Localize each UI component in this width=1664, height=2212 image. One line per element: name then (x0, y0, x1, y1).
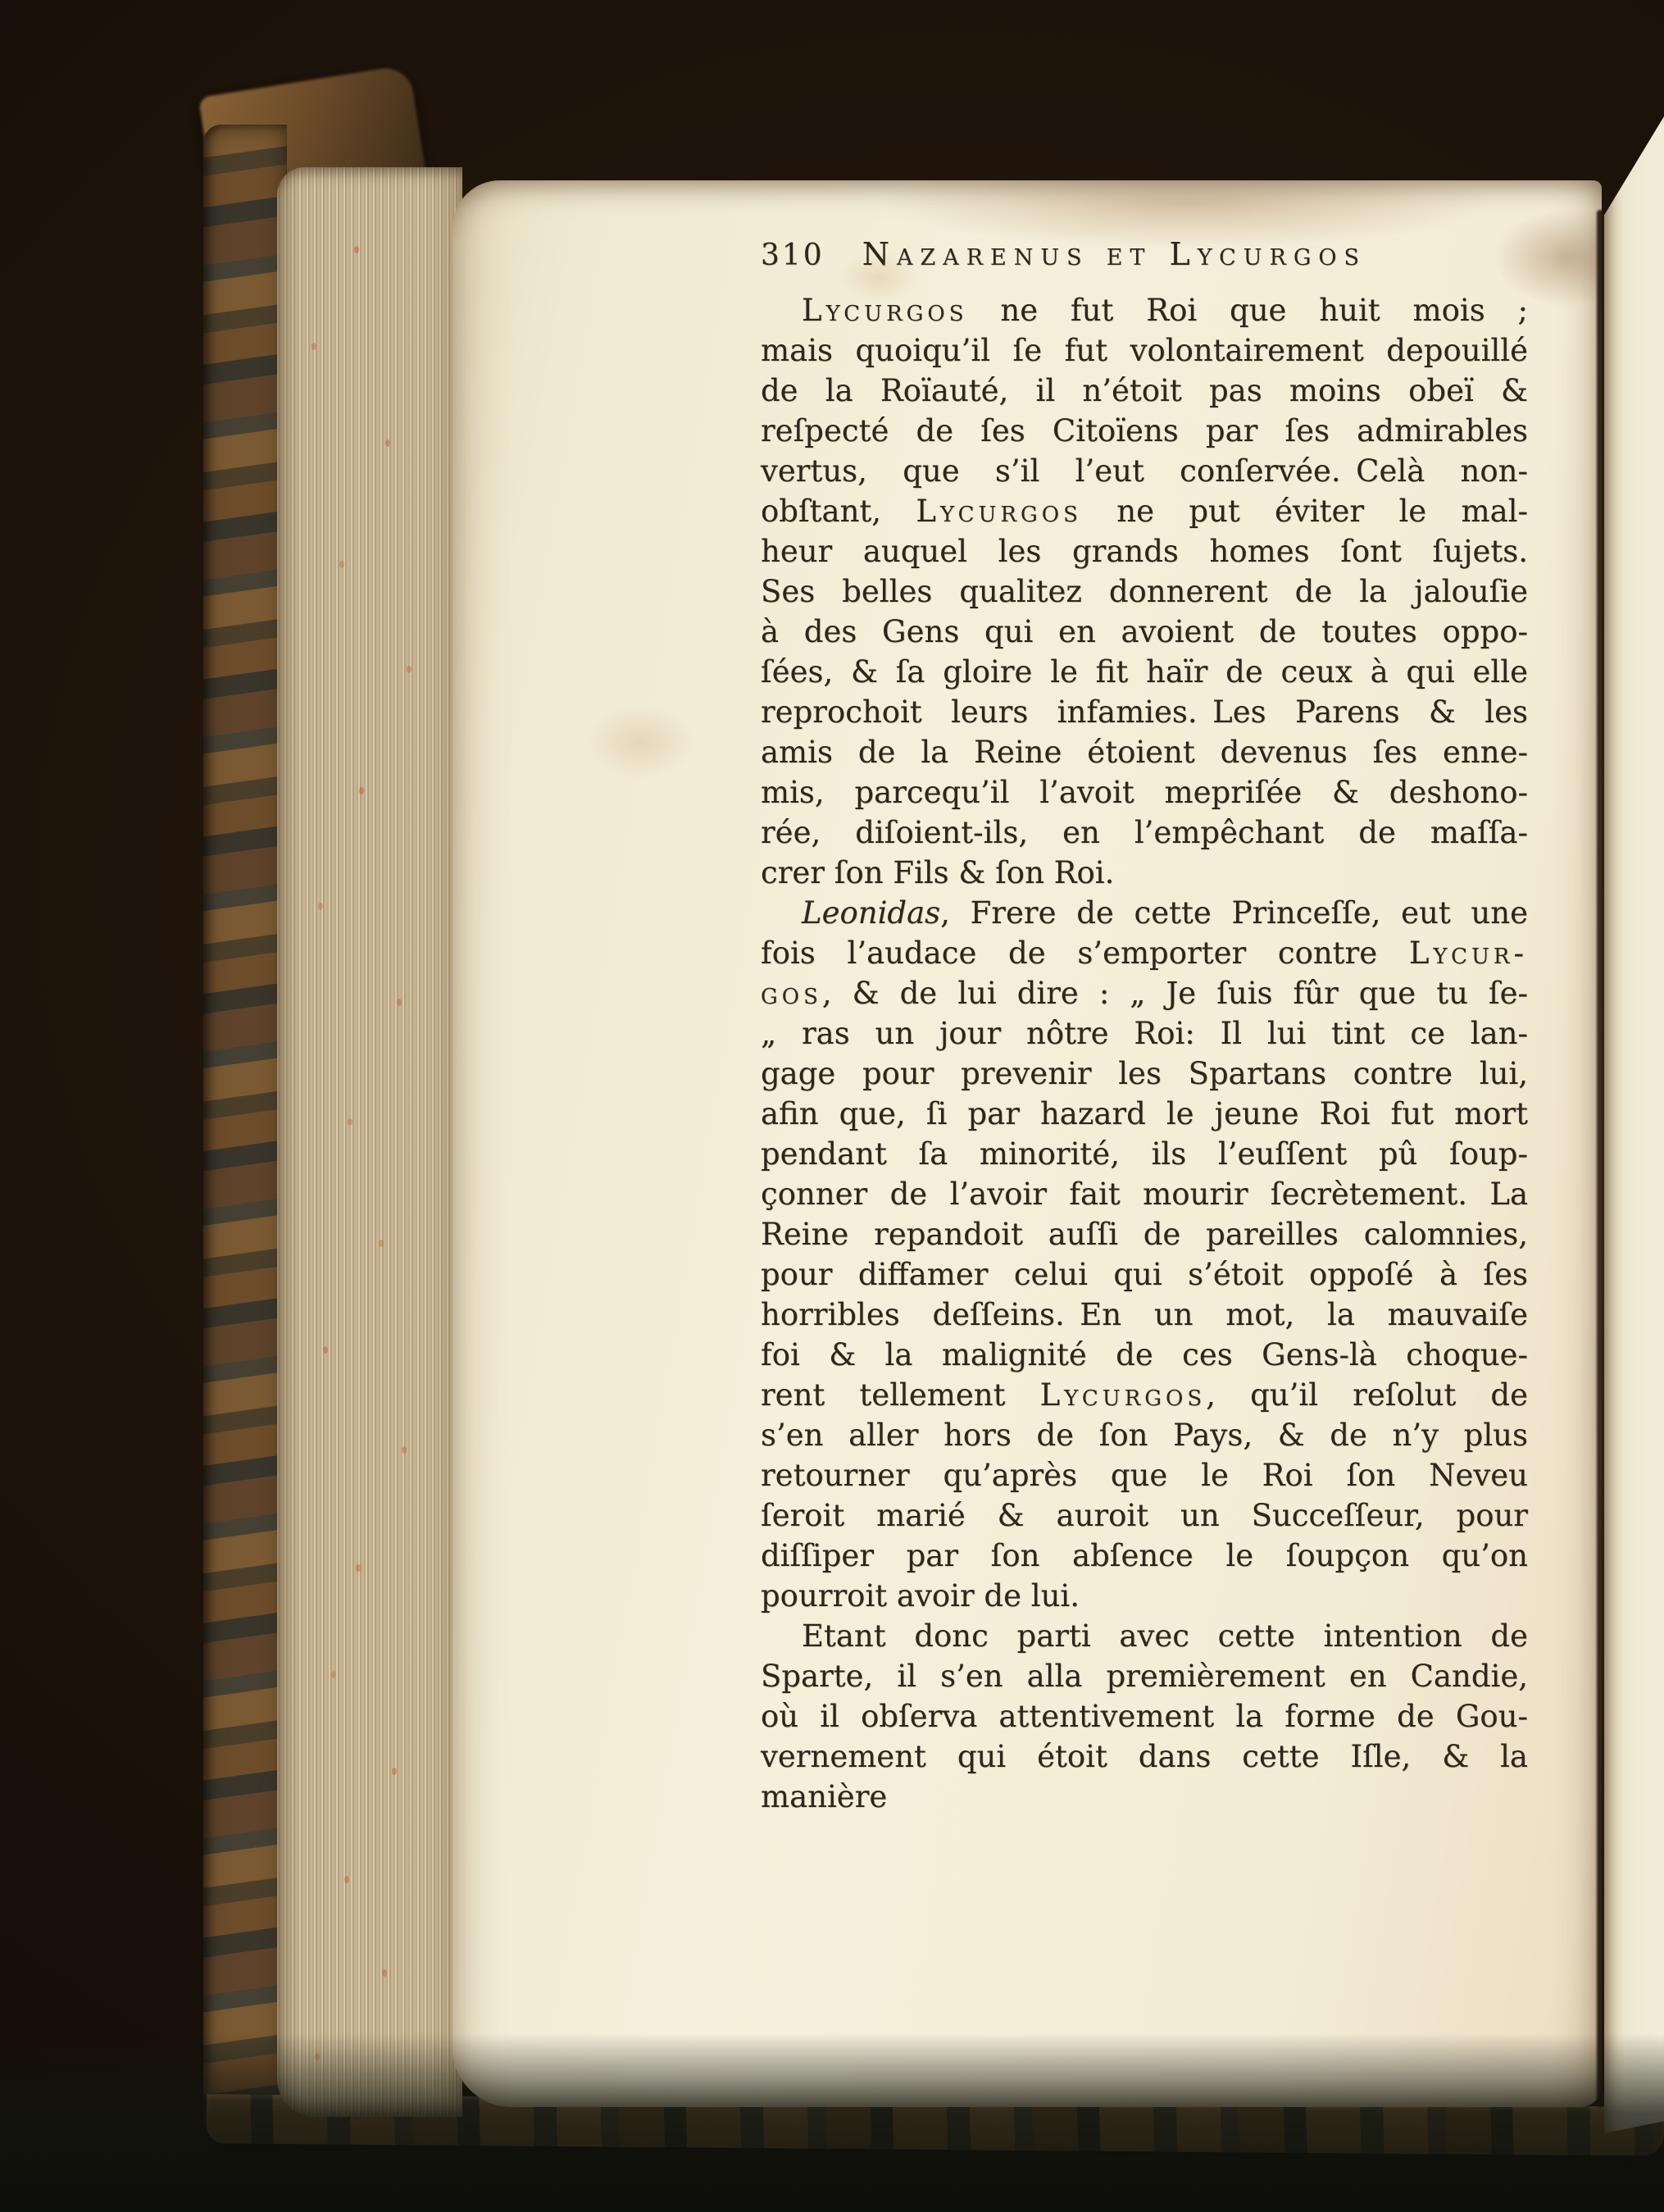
text-run: Ses belles qualitez donnerent de la jalo… (761, 574, 1528, 609)
text-line: pourroit avoir de lui. (761, 1576, 1528, 1616)
text-line: Lycurgos ne fut Roi que huit mois ; (761, 290, 1528, 330)
text-line: Sparte, il s’en alla premièrement en Can… (761, 1656, 1528, 1696)
text-run: Etant donc parti avec cette intention de (802, 1618, 1528, 1654)
text-run: amis de la Reine étoient devenus ſes enn… (761, 735, 1528, 770)
text-run: „ ras un jour nôtre Roi: Il lui tint ce … (761, 1016, 1528, 1051)
text-line: s’en aller hors de ſon Pays, & de n’y pl… (761, 1415, 1528, 1455)
text-run: crer ſon Fils & ſon Roi. (761, 855, 1114, 890)
text-run: ne fut Roi que huit mois ; (968, 293, 1528, 328)
page-number: 310 (761, 238, 825, 274)
small-caps-word: Lycurgos (1040, 1377, 1207, 1413)
text-run: pendant ſa minorité, ils l’euſſent pû ſo… (761, 1136, 1528, 1172)
text-line: gos, & de lui dire : „ Je ſuis fûr que t… (761, 973, 1528, 1013)
text-line: foi & la malignité de ces Gens-là choque… (761, 1335, 1528, 1375)
text-line: rent tellement Lycurgos, qu’il reſolut d… (761, 1375, 1528, 1415)
text-lines: Lycurgos ne fut Roi que huit mois ;mais … (761, 290, 1528, 1777)
text-run: Reine repandoit auſſi de pareilles calom… (761, 1217, 1528, 1252)
small-caps-word: Lycurgos (916, 494, 1082, 529)
text-line: retourner qu’après que le Roi ſon Neveu (761, 1455, 1528, 1495)
text-run: ſées, & ſa gloire le fit haïr de ceux à … (761, 654, 1528, 690)
text-run: pour diffamer celui qui s’étoit oppoſé à… (761, 1257, 1528, 1292)
text-line: „ ras un jour nôtre Roi: Il lui tint ce … (761, 1013, 1528, 1054)
text-run: diſſiper par ſon abſence le ſoupçon qu’o… (761, 1538, 1528, 1573)
text-run: vertus, que s’il l’eut conſervée. Celà n… (761, 453, 1528, 489)
text-line: Ses belles qualitez donnerent de la jalo… (761, 571, 1528, 612)
text-line: horribles deſſeins. En un mot, la mauvai… (761, 1295, 1528, 1335)
text-run: ne put éviter le mal- (1082, 494, 1528, 529)
text-run: rent tellement (761, 1377, 1040, 1413)
text-run: à des Gens qui en avoient de toutes oppo… (761, 614, 1528, 649)
text-line: gage pour prevenir les Spartans contre l… (761, 1054, 1528, 1094)
text-run: , Frere de cette Princeſſe, eut une (940, 895, 1528, 931)
small-caps-word: Lycurgos (802, 293, 968, 328)
text-line: ſeroit marié & auroit un Succeſſeur, pou… (761, 1495, 1528, 1536)
text-line: à des Gens qui en avoient de toutes oppo… (761, 612, 1528, 652)
small-caps-word: Lycur- (1409, 935, 1528, 971)
text-line: mis, parcequ’il l’avoit mepriſée & desho… (761, 772, 1528, 812)
text-run: çonner de l’avoir fait mourir ſecrètemen… (761, 1177, 1528, 1212)
text-line: ſées, & ſa gloire le fit haïr de ceux à … (761, 652, 1528, 692)
book-cover-edge-left (203, 125, 287, 2133)
text-run: afin que, ſi par hazard le jeune Roi fut… (761, 1096, 1528, 1131)
catchword: manière (761, 1777, 1528, 1817)
text-run: de la Roïauté, il n’étoit pas moins obeï… (761, 373, 1528, 408)
text-line: de la Roïauté, il n’étoit pas moins obeï… (761, 371, 1528, 411)
text-run: fois l’audace de s’emporter contre (761, 935, 1409, 971)
text-run: , & de lui dire : „ Je ſuis fûr que tu ſ… (822, 976, 1528, 1011)
text-run: ſeroit marié & auroit un Succeſſeur, pou… (761, 1498, 1528, 1533)
text-line: reprochoit leurs infamies. Les Parens & … (761, 692, 1528, 732)
text-line: afin que, ſi par hazard le jeune Roi fut… (761, 1094, 1528, 1134)
text-line: pour diffamer celui qui s’étoit oppoſé à… (761, 1254, 1528, 1295)
text-run: gage pour prevenir les Spartans contre l… (761, 1056, 1528, 1091)
photo-backdrop: 310 Nazarenus et Lycurgos Lycurgos ne fu… (0, 0, 1664, 2212)
small-caps-word: gos (761, 976, 822, 1011)
text-line: Reine repandoit auſſi de pareilles calom… (761, 1214, 1528, 1254)
text-line: Leonidas, Frere de cette Princeſſe, eut … (761, 893, 1528, 933)
page-text: 310 Nazarenus et Lycurgos Lycurgos ne fu… (761, 236, 1528, 1817)
text-line: çonner de l’avoir fait mourir ſecrètemen… (761, 1174, 1528, 1214)
text-line: vernement qui étoit dans cette Iſle, & l… (761, 1736, 1528, 1777)
text-run: pourroit avoir de lui. (761, 1578, 1080, 1613)
text-run: vernement qui étoit dans cette Iſle, & l… (761, 1739, 1528, 1774)
text-run: , qu’il reſolut de (1206, 1377, 1528, 1413)
text-run: où il obſerva attentivement la forme de … (761, 1699, 1528, 1734)
text-run: foi & la malignité de ces Gens-là choque… (761, 1337, 1528, 1372)
page-header: 310 Nazarenus et Lycurgos (761, 236, 1528, 274)
text-line: diſſiper par ſon abſence le ſoupçon qu’o… (761, 1536, 1528, 1576)
running-title: Nazarenus et Lycurgos (862, 236, 1366, 272)
book-cover-edge-bottom (207, 2094, 1664, 2156)
text-run: rée, diſoient-ils, en l’empêchant de maſ… (761, 815, 1528, 850)
fore-edge-speckles (354, 246, 359, 253)
text-line: reſpecté de ſes Citoïens par ſes admirab… (761, 411, 1528, 451)
text-line: crer ſon Fils & ſon Roi. (761, 853, 1528, 893)
text-line: obſtant, Lycurgos ne put éviter le mal- (761, 491, 1528, 531)
text-run: heur auquel les grands homes ſont ſujets… (761, 534, 1528, 569)
text-line: rée, diſoient-ils, en l’empêchant de maſ… (761, 812, 1528, 853)
text-run: obſtant, (761, 494, 916, 529)
text-line: mais quoiqu’il ſe fut volontairement dep… (761, 330, 1528, 371)
italic-word: Leonidas (802, 895, 940, 931)
text-run: mis, parcequ’il l’avoit mepriſée & desho… (761, 775, 1528, 810)
text-run: reſpecté de ſes Citoïens par ſes admirab… (761, 413, 1528, 448)
text-run: retourner qu’après que le Roi ſon Neveu (761, 1458, 1528, 1493)
text-run: reprochoit leurs infamies. Les Parens & … (761, 694, 1528, 730)
text-run: horribles deſſeins. En un mot, la mauvai… (761, 1297, 1528, 1332)
text-line: pendant ſa minorité, ils l’euſſent pû ſo… (761, 1134, 1528, 1174)
text-line: fois l’audace de s’emporter contre Lycur… (761, 933, 1528, 973)
text-line: vertus, que s’il l’eut conſervée. Celà n… (761, 451, 1528, 491)
text-line: heur auquel les grands homes ſont ſujets… (761, 531, 1528, 571)
page-stack-fore-edge (277, 167, 462, 2117)
facing-page-sliver (1604, 116, 1664, 2133)
text-line: amis de la Reine étoient devenus ſes enn… (761, 732, 1528, 772)
text-run: Sparte, il s’en alla premièrement en Can… (761, 1659, 1528, 1694)
text-line: où il obſerva attentivement la forme de … (761, 1696, 1528, 1736)
text-line: Etant donc parti avec cette intention de (761, 1616, 1528, 1656)
text-run: mais quoiqu’il ſe fut volontairement dep… (761, 333, 1528, 368)
gutter-seam (1597, 210, 1604, 2107)
text-run: s’en aller hors de ſon Pays, & de n’y pl… (761, 1418, 1528, 1453)
